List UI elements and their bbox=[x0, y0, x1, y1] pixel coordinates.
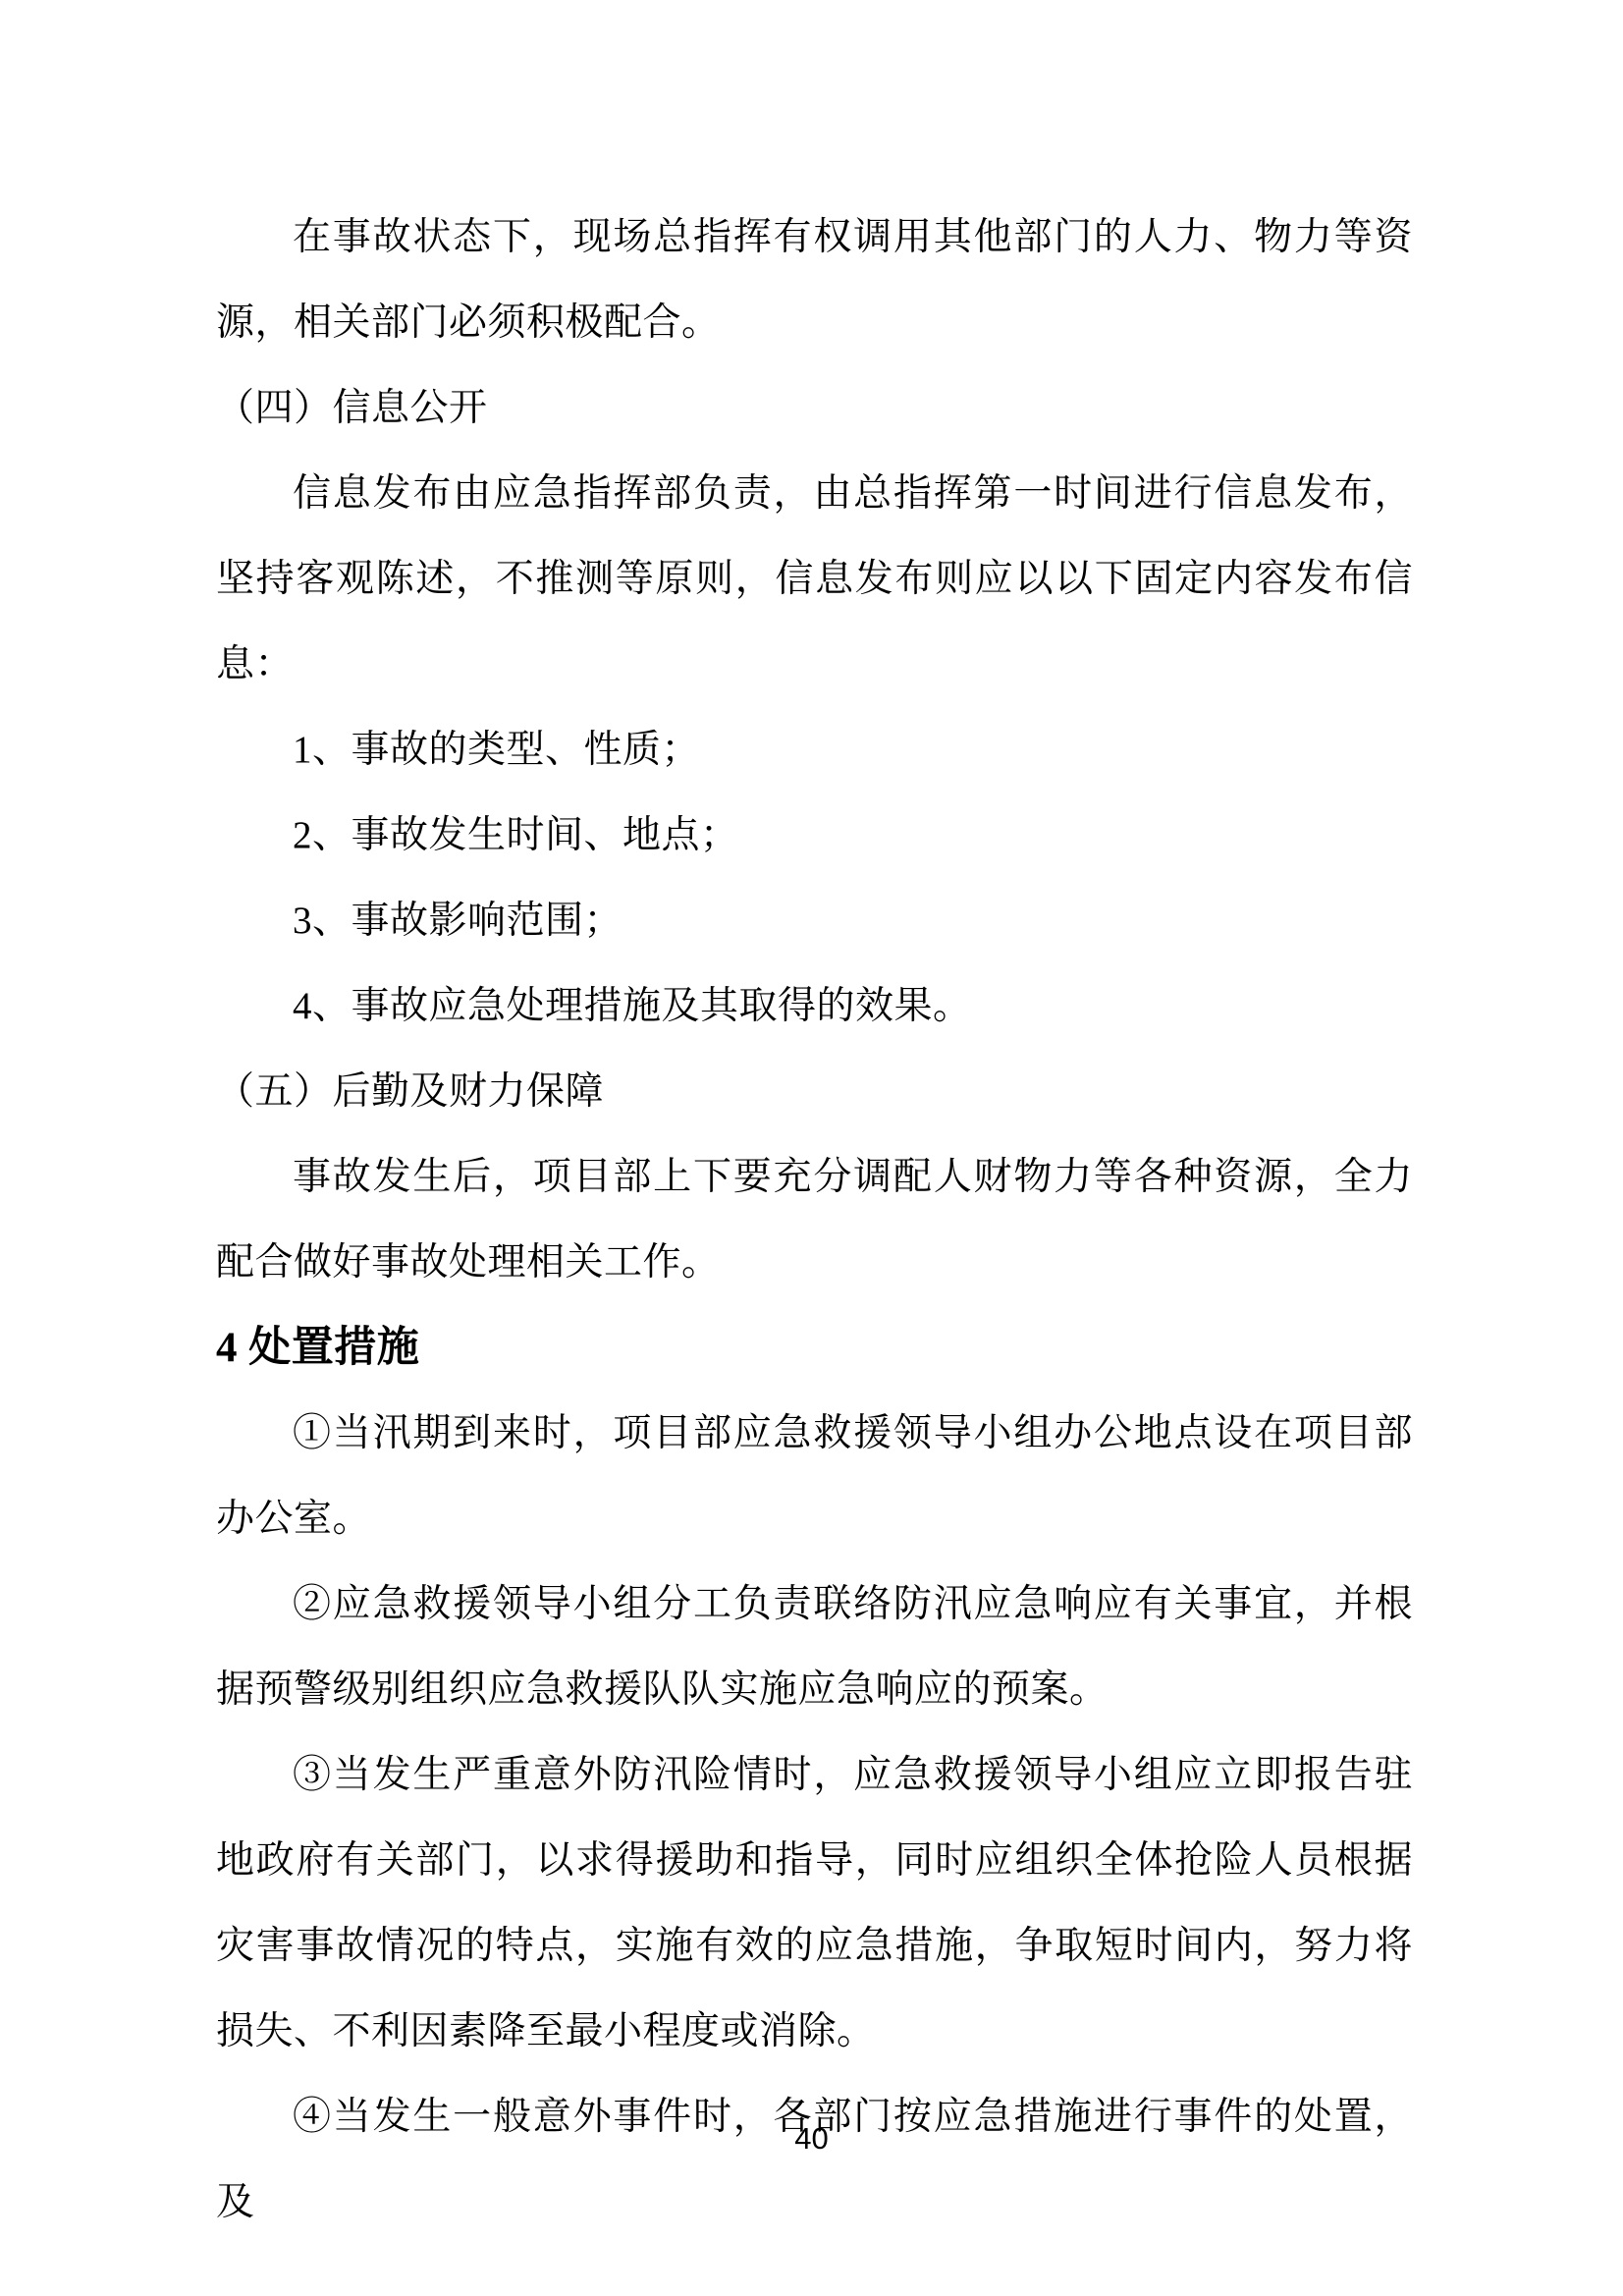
paragraph-circled-2: ②应急救援领导小组分工负责联络防汛应急响应有关事宜，并根据预警级别组织应急救援队… bbox=[216, 1561, 1413, 1732]
paragraph-circled-4: ④当发生一般意外事件时，各部门按应急措施进行事件的处置，及 bbox=[216, 2074, 1413, 2245]
paragraph: 信息发布由应急指挥部负责，由总指挥第一时间进行信息发布，坚持客观陈述，不推测等原… bbox=[216, 451, 1413, 707]
section-heading-4: （四）信息公开 bbox=[216, 365, 1413, 451]
paragraph: 在事故状态下，现场总指挥有权调用其他部门的人力、物力等资源，相关部门必须积极配合… bbox=[216, 194, 1413, 365]
page-number: 40 bbox=[0, 2119, 1623, 2159]
section-heading-5: （五）后勤及财力保障 bbox=[216, 1049, 1413, 1134]
list-item-1: 1、事故的类型、性质； bbox=[216, 707, 1413, 793]
list-item-3: 3、事故影响范围； bbox=[216, 878, 1413, 963]
document-body: 在事故状态下，现场总指挥有权调用其他部门的人力、物力等资源，相关部门必须积极配合… bbox=[216, 194, 1413, 2245]
list-item-4: 4、事故应急处理措施及其取得的效果。 bbox=[216, 963, 1413, 1049]
paragraph-circled-1: ①当汛期到来时，项目部应急救援领导小组办公地点设在项目部办公室。 bbox=[216, 1391, 1413, 1561]
chapter-heading: 4 处置措施 bbox=[216, 1305, 1413, 1391]
paragraph-circled-3: ③当发生严重意外防汛险情时，应急救援领导小组应立即报告驻地政府有关部门，以求得援… bbox=[216, 1732, 1413, 2074]
paragraph: 事故发生后，项目部上下要充分调配人财物力等各种资源，全力配合做好事故处理相关工作… bbox=[216, 1134, 1413, 1305]
document-page: 在事故状态下，现场总指挥有权调用其他部门的人力、物力等资源，相关部门必须积极配合… bbox=[0, 0, 1623, 2296]
list-item-2: 2、事故发生时间、地点； bbox=[216, 793, 1413, 878]
